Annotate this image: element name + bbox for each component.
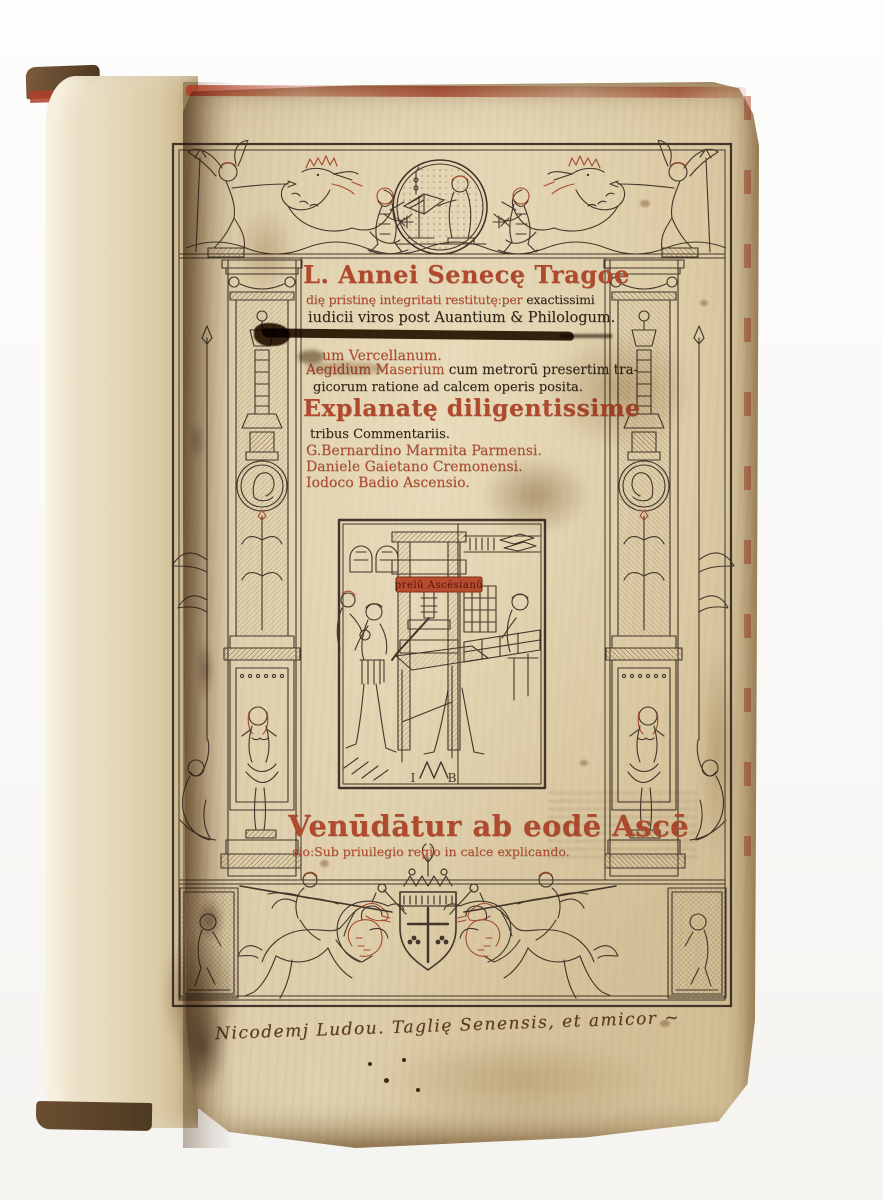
top-frieze xyxy=(186,140,726,257)
commentator-2: Daniele Gaietano Cremonensi. xyxy=(306,460,523,474)
panel-right-icon xyxy=(668,888,726,998)
red-painted-top-edge xyxy=(186,85,746,98)
panel-left-icon xyxy=(180,888,238,998)
binding-board-bottom xyxy=(36,1101,152,1131)
commentator-3: Iodoco Badio Ascensio. xyxy=(306,476,470,490)
coat-of-arms-icon xyxy=(378,844,478,970)
heading-explanate: Explanatę diligentissime xyxy=(303,397,640,421)
red-painted-fore-edge xyxy=(744,96,751,856)
imprint-line-2: sio:Sub priuilegio regio in calce explic… xyxy=(292,846,570,859)
title-line-4: um Vercellanum. xyxy=(322,349,442,363)
press-banner-label: prelū Ascēsianū xyxy=(395,580,484,591)
title-line-3: iudicii viros post Auantium & Philologum… xyxy=(308,311,615,326)
printing-press-woodcut: prelū Ascēsianū I B xyxy=(337,520,545,788)
commentator-1: G.Bernardino Marmita Parmensi. xyxy=(306,444,542,458)
putto-left-icon xyxy=(188,140,296,257)
title-line-5: Aegidium Maserium cum metrorū presertim … xyxy=(306,364,638,378)
horseman-left-icon xyxy=(238,872,392,998)
title-line-2-red: dię pristinę integritati restitutę:per xyxy=(306,292,526,307)
scholar-medallion-icon xyxy=(393,160,487,254)
putto-right-icon xyxy=(610,140,718,257)
verso-showthrough xyxy=(548,792,698,858)
monogram-letter-left: I xyxy=(411,771,416,785)
column-right xyxy=(604,260,734,876)
ink-censor-blot xyxy=(254,323,290,346)
photograph: prelū Ascēsianū I B L. Annei Senecę Trag… xyxy=(0,0,883,1200)
ink-censor-tail xyxy=(560,334,612,338)
horseman-right-icon xyxy=(464,872,618,998)
monogram-letter-right: B xyxy=(448,771,457,785)
title-line-1: L. Annei Senecę Tragoe xyxy=(303,263,630,287)
wildman-right-icon xyxy=(493,188,538,254)
title-line-6: gicorum ratione ad calcem operis posita. xyxy=(313,381,583,394)
title-line-5-black: cum metrorū presertim tra- xyxy=(449,362,638,378)
title-line-2-black: exactissimi xyxy=(526,292,594,307)
title-line-2: dię pristinę integritati restitutę:per e… xyxy=(306,294,595,307)
title-line-5-red: Aegidium Maserium xyxy=(306,362,449,378)
subheading-tribus: tribus Commentariis. xyxy=(310,428,450,441)
column-left xyxy=(172,260,302,876)
